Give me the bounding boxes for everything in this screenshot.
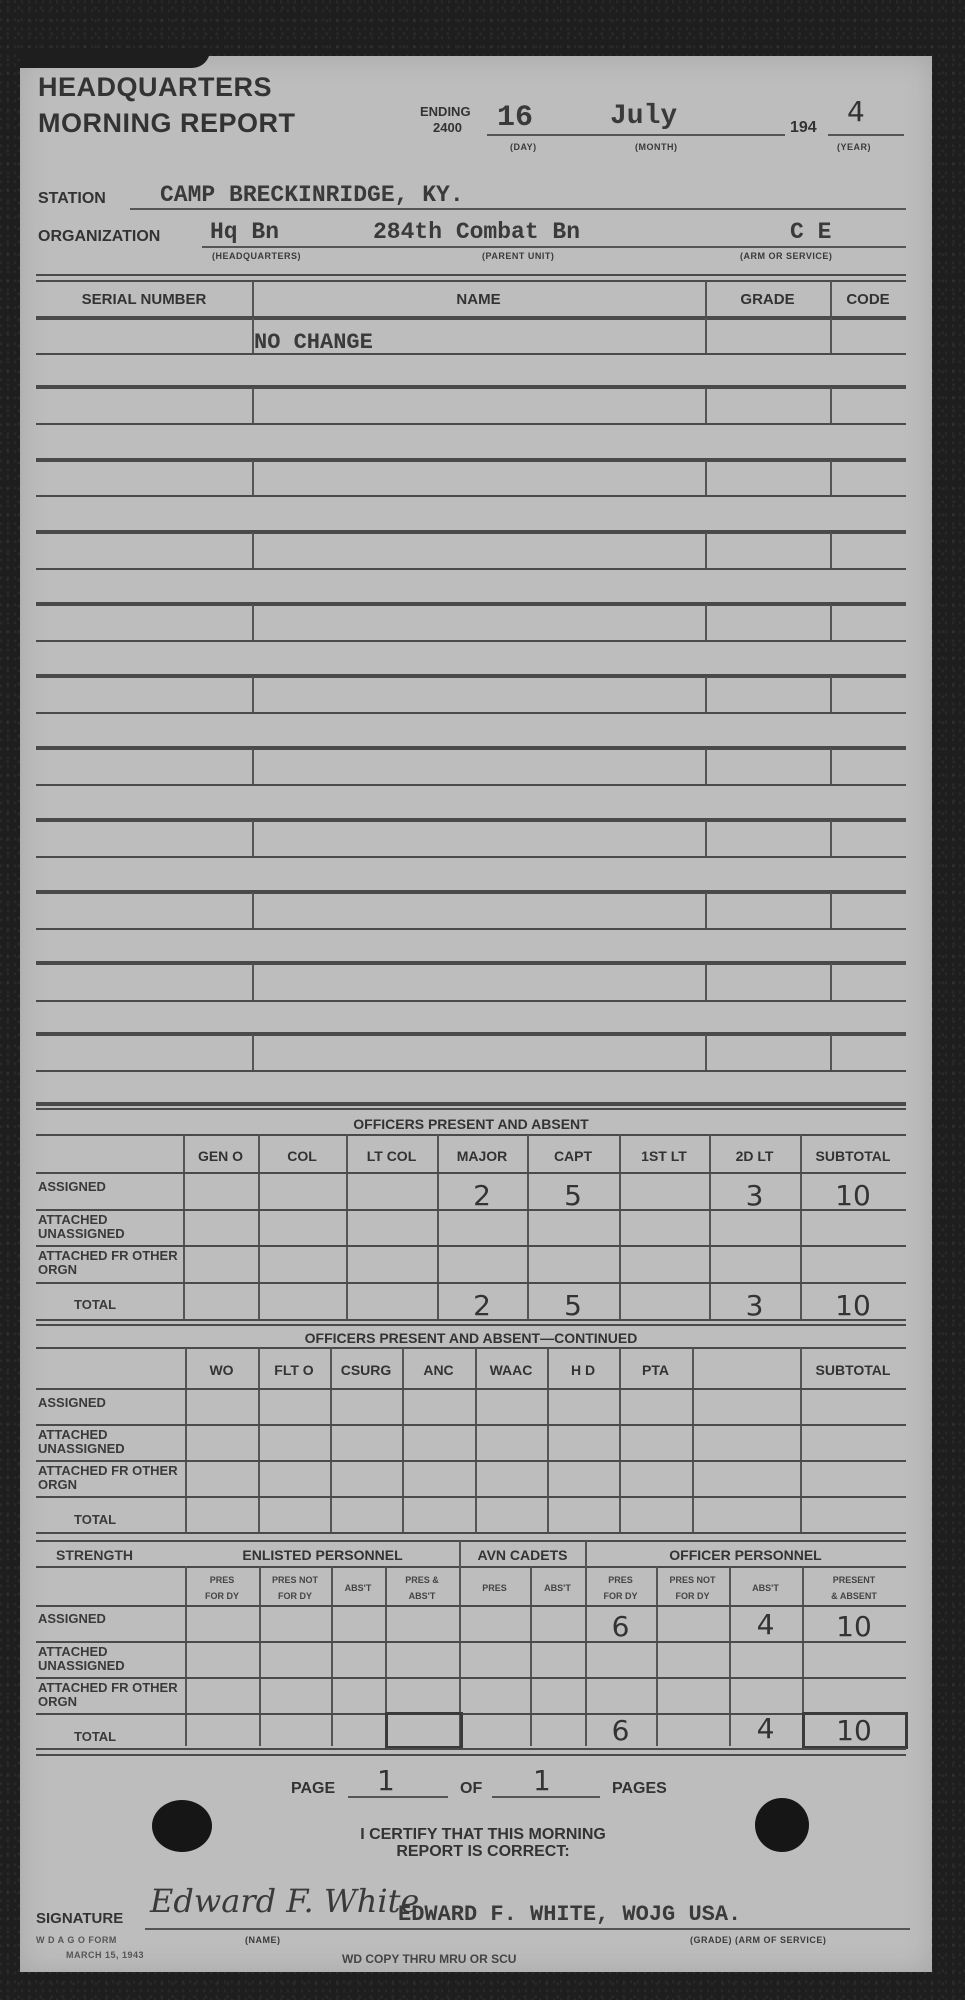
organization-parent-unit: 284th Combat Bn <box>373 219 580 245</box>
col-serial-number: SERIAL NUMBER <box>36 291 252 308</box>
ending-time: 2400 <box>433 120 462 135</box>
sub-off-pres-for-dy: PRESFOR DY <box>585 1572 656 1604</box>
strength-assigned-off-abst: 4 <box>729 1608 802 1641</box>
form-date: MARCH 15, 1943 <box>66 1950 144 1960</box>
col-gen-o: GEN O <box>183 1148 258 1164</box>
handwritten-signature: Edward F. White <box>150 1882 419 1920</box>
month-caption: (MONTH) <box>635 142 678 152</box>
hole-punch-left <box>152 1800 212 1852</box>
strength-total-off-pres-for-dy: 6 <box>585 1714 656 1747</box>
row-label-attached-unassigned: ATTACHED UNASSIGNED <box>38 1213 178 1241</box>
col-lt-col: LT COL <box>346 1148 437 1164</box>
pages-label: PAGES <box>612 1780 667 1798</box>
col-code: CODE <box>830 291 906 308</box>
col-continued-subtotal: SUBTOTAL <box>800 1362 906 1378</box>
row-label-total: TOTAL <box>74 1298 116 1312</box>
caption-grade-service: (GRADE) (ARM OF SERVICE) <box>690 1935 826 1945</box>
form-title-line1: HEADQUARTERS <box>38 74 272 101</box>
col-csurg: CSURG <box>330 1362 402 1378</box>
row-label-attached-other-orgn: ATTACHED FR OTHER ORGN <box>38 1681 178 1709</box>
col-major: MAJOR <box>437 1148 527 1164</box>
col-name: NAME <box>252 291 705 308</box>
col-flt-o: FLT O <box>258 1362 330 1378</box>
row-label-total: TOTAL <box>74 1513 116 1527</box>
organization-arm: C E <box>790 219 831 245</box>
form-id: W D A G O FORM <box>36 1935 117 1945</box>
sub-enl-pres-not-for-dy: PRES NOTFOR DY <box>259 1572 331 1604</box>
officers-assigned-major: 2 <box>437 1179 527 1212</box>
row-label-assigned: ASSIGNED <box>38 1396 106 1410</box>
group-officer-personnel: OFFICER PERSONNEL <box>585 1547 906 1563</box>
col-hd: H D <box>547 1362 619 1378</box>
of-label: OF <box>460 1780 482 1798</box>
strength-assigned-off-pres-for-dy: 6 <box>585 1610 656 1643</box>
col-col: COL <box>258 1148 346 1164</box>
form-title-line2: MORNING REPORT <box>38 110 296 137</box>
sub-enl-abst: ABS'T <box>331 1580 385 1596</box>
day-caption: (DAY) <box>510 142 537 152</box>
officers-continued-title: OFFICERS PRESENT AND ABSENT—CONTINUED <box>36 1330 906 1346</box>
row-label-assigned: ASSIGNED <box>38 1612 106 1626</box>
row-label-attached-unassigned: ATTACHED UNASSIGNED <box>38 1645 178 1673</box>
sub-cadet-pres: PRES <box>459 1580 530 1596</box>
roster-entry-name: NO CHANGE <box>254 330 373 355</box>
col-capt: CAPT <box>527 1148 619 1164</box>
hole-punch-right <box>755 1798 809 1852</box>
copy-note: WD COPY THRU MRU OR SCU <box>342 1952 516 1966</box>
caption-name: (NAME) <box>245 1935 281 1945</box>
col-2d-lt: 2D LT <box>709 1148 800 1164</box>
month-value: July <box>610 101 677 132</box>
certify-line1: I CERTIFY THAT THIS MORNING <box>306 1826 660 1844</box>
row-label-attached-unassigned: ATTACHED UNASSIGNED <box>38 1428 178 1456</box>
col-waac: WAAC <box>475 1362 547 1378</box>
col-wo: WO <box>185 1362 258 1378</box>
signature-label: SIGNATURE <box>36 1910 123 1927</box>
page-number: 1 <box>377 1764 395 1797</box>
torn-edge <box>20 50 210 68</box>
col-anc: ANC <box>402 1362 475 1378</box>
page-label: PAGE <box>291 1780 335 1798</box>
caption-arm-service: (ARM OR SERVICE) <box>740 251 832 261</box>
officers-assigned-capt: 5 <box>527 1179 619 1212</box>
station-value: CAMP BRECKINRIDGE, KY. <box>160 182 464 208</box>
certify-line2: REPORT IS CORRECT: <box>306 1843 660 1861</box>
strength-assigned-off-present-absent: 10 <box>802 1610 906 1643</box>
strength-total-off-abst: 4 <box>729 1712 802 1745</box>
col-grade: GRADE <box>705 291 830 308</box>
row-label-assigned: ASSIGNED <box>38 1180 106 1194</box>
officers-total-2d-lt: 3 <box>709 1289 800 1322</box>
col-pta: PTA <box>619 1362 692 1378</box>
sub-enl-pres-for-dy: PRESFOR DY <box>185 1572 259 1604</box>
row-label-attached-other-orgn: ATTACHED FR OTHER ORGN <box>38 1464 178 1492</box>
sub-off-pres-not-for-dy: PRES NOTFOR DY <box>656 1572 729 1604</box>
organization-headquarters: Hq Bn <box>210 219 279 245</box>
sub-off-abst: ABS'T <box>729 1580 802 1596</box>
sub-enl-pres-and-abst: PRES &ABS'T <box>385 1572 459 1604</box>
ending-label: ENDING <box>420 104 471 119</box>
sub-off-present-and-absent: PRESENT& ABSENT <box>802 1572 906 1604</box>
caption-headquarters: (HEADQUARTERS) <box>212 251 301 261</box>
officers-assigned-2d-lt: 3 <box>709 1179 800 1212</box>
officers-total-subtotal: 10 <box>800 1289 906 1322</box>
enlisted-total-box <box>385 1712 463 1749</box>
strength-label: STRENGTH <box>56 1548 133 1562</box>
row-label-total: TOTAL <box>74 1730 116 1744</box>
typed-signature: EDWARD F. WHITE, WOJG USA. <box>398 1902 741 1927</box>
col-1st-lt: 1ST LT <box>619 1148 709 1164</box>
year-digit: 4 <box>847 95 865 128</box>
col-subtotal: SUBTOTAL <box>800 1148 906 1164</box>
year-caption: (YEAR) <box>837 142 871 152</box>
page-total: 1 <box>533 1764 551 1797</box>
organization-label: ORGANIZATION <box>38 228 160 246</box>
day-value: 16 <box>497 101 533 135</box>
officers-title: OFFICERS PRESENT AND ABSENT <box>36 1116 906 1132</box>
officers-total-capt: 5 <box>527 1289 619 1322</box>
group-avn-cadets: AVN CADETS <box>460 1547 585 1563</box>
officers-total-major: 2 <box>437 1289 527 1322</box>
group-enlisted: ENLISTED PERSONNEL <box>185 1547 460 1563</box>
officers-assigned-subtotal: 10 <box>800 1179 906 1212</box>
year-prefix: 194 <box>790 119 817 137</box>
sub-cadet-abst: ABS'T <box>530 1580 585 1596</box>
caption-parent-unit: (PARENT UNIT) <box>482 251 554 261</box>
row-label-attached-other-orgn: ATTACHED FR OTHER ORGN <box>38 1249 178 1277</box>
station-label: STATION <box>38 190 106 208</box>
strength-total-off-present-absent: 10 <box>802 1714 906 1747</box>
